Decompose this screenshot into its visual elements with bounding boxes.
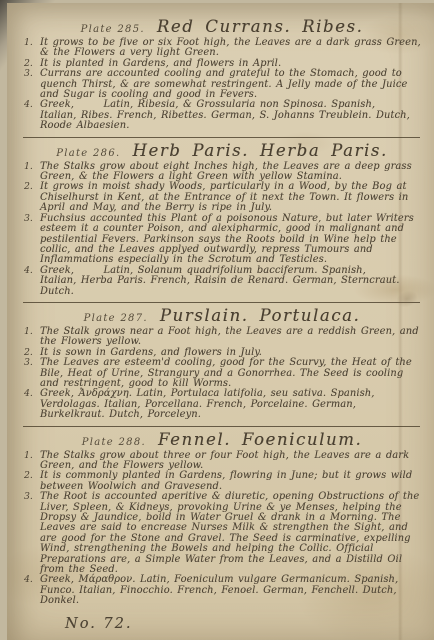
description-list: 1. The Stalks grow about eight Inches hi… <box>23 162 421 297</box>
section-herb-paris: Plate 286.Herb Paris. Herba Paris. 1. Th… <box>23 141 421 297</box>
item-text: Greek, Latin, Solanum quadrifolium bacci… <box>40 266 421 297</box>
item-text: The Stalks grow about three or four Foot… <box>40 451 421 472</box>
plate-number-label: Plate 287. <box>84 313 148 324</box>
list-item: 3. The Root is accounted aperitive & diu… <box>23 492 421 575</box>
item-number: 4. <box>23 266 40 276</box>
list-item: 3. The Leaves are esteem'd cooling, good… <box>23 358 421 389</box>
list-item: 4. Greek, Latin, Solanum quadrifolium ba… <box>23 266 421 297</box>
section-title: Purslain. Portulaca. <box>160 306 361 325</box>
list-item: 2. It grows in moist shady Woods, partic… <box>23 182 421 213</box>
item-number: 2. <box>23 471 40 481</box>
item-text: The Leaves are esteem'd cooling, good fo… <box>40 358 421 389</box>
description-list: 1. It grows to be five or six Foot high,… <box>23 38 421 132</box>
section-heading: Plate 288.Fennel. Foeniculum. <box>23 430 421 449</box>
item-text: Greek, Ἀνδράχνη. Latin, Portulaca latifo… <box>40 389 421 420</box>
item-number: 3. <box>23 69 40 79</box>
list-item: 1. The Stalks grow about three or four F… <box>23 451 421 472</box>
list-item: 4. Greek, Ἀνδράχνη. Latin, Portulaca lat… <box>23 389 421 420</box>
item-text: Greek, Latin, Ribesia, & Grossularia non… <box>40 100 421 131</box>
list-item: 3. Fuchsius accounted this Plant of a po… <box>23 214 421 266</box>
section-purslain: Plate 287.Purslain. Portulaca. 1. The St… <box>23 306 421 421</box>
item-text: The Root is accounted aperitive & diuret… <box>40 492 421 575</box>
list-item: 2. It is commonly planted in Gardens, fl… <box>23 471 421 492</box>
plate-number-label: Plate 286. <box>56 148 120 159</box>
description-list: 1. The Stalk grows near a Foot high, the… <box>23 327 421 421</box>
item-number: 1. <box>23 327 40 337</box>
item-text: It is commonly planted in Gardens, flowr… <box>40 471 421 492</box>
section-title: Fennel. Foeniculum. <box>158 430 362 449</box>
description-list: 1. The Stalks grow about three or four F… <box>23 451 421 607</box>
section-title: Herb Paris. Herba Paris. <box>132 141 387 160</box>
item-text: Currans are accounted cooling and gratef… <box>40 69 421 100</box>
item-number: 4. <box>23 575 40 585</box>
item-text: The Stalks grow about eight Inches high,… <box>40 162 421 183</box>
item-number: 1. <box>23 451 40 461</box>
item-number: 1. <box>23 38 40 48</box>
item-text: It grows in moist shady Woods, particula… <box>40 182 421 213</box>
item-number: 4. <box>23 389 40 399</box>
item-number: 2. <box>23 182 40 192</box>
section-divider <box>23 137 420 138</box>
item-number: 3. <box>23 214 40 224</box>
list-item: 1. The Stalk grows near a Foot high, the… <box>23 327 421 348</box>
list-item: 1. The Stalks grow about eight Inches hi… <box>23 162 421 183</box>
list-item: 4. Greek, Μάραθρον. Latin, Foeniculum vu… <box>23 575 421 606</box>
section-red-currans: Plate 285.Red Currans. Ribes. 1. It grow… <box>23 17 421 132</box>
item-number: 4. <box>23 100 40 110</box>
section-heading: Plate 285.Red Currans. Ribes. <box>23 17 421 36</box>
list-item: 1. It grows to be five or six Foot high,… <box>23 38 421 59</box>
item-text: It grows to be five or six Foot high, th… <box>40 38 421 59</box>
plate-number-label: Plate 285. <box>81 24 145 35</box>
item-number: 1. <box>23 162 40 172</box>
item-number: 3. <box>23 492 40 502</box>
section-divider <box>23 426 420 427</box>
section-fennel: Plate 288.Fennel. Foeniculum. 1. The Sta… <box>23 430 421 607</box>
item-text: The Stalk grows near a Foot high, the Le… <box>40 327 421 348</box>
item-text: Greek, Μάραθρον. Latin, Foeniculum vulga… <box>40 575 421 606</box>
section-title: Red Currans. Ribes. <box>157 17 364 36</box>
list-item: 4. Greek, Latin, Ribesia, & Grossularia … <box>23 100 421 131</box>
plate-number-label: Plate 288. <box>82 437 146 448</box>
item-number: 3. <box>23 358 40 368</box>
scanned-herbal-page: Plate 285.Red Currans. Ribes. 1. It grow… <box>0 0 434 640</box>
paper-page: Plate 285.Red Currans. Ribes. 1. It grow… <box>7 3 434 640</box>
section-divider <box>23 302 420 303</box>
list-item: 3. Currans are accounted cooling and gra… <box>23 69 421 100</box>
item-text: Fuchsius accounted this Plant of a poiso… <box>40 214 421 266</box>
section-heading: Plate 286.Herb Paris. Herba Paris. <box>23 141 421 160</box>
issue-number: No. 72. <box>65 616 421 632</box>
section-heading: Plate 287.Purslain. Portulaca. <box>23 306 421 325</box>
